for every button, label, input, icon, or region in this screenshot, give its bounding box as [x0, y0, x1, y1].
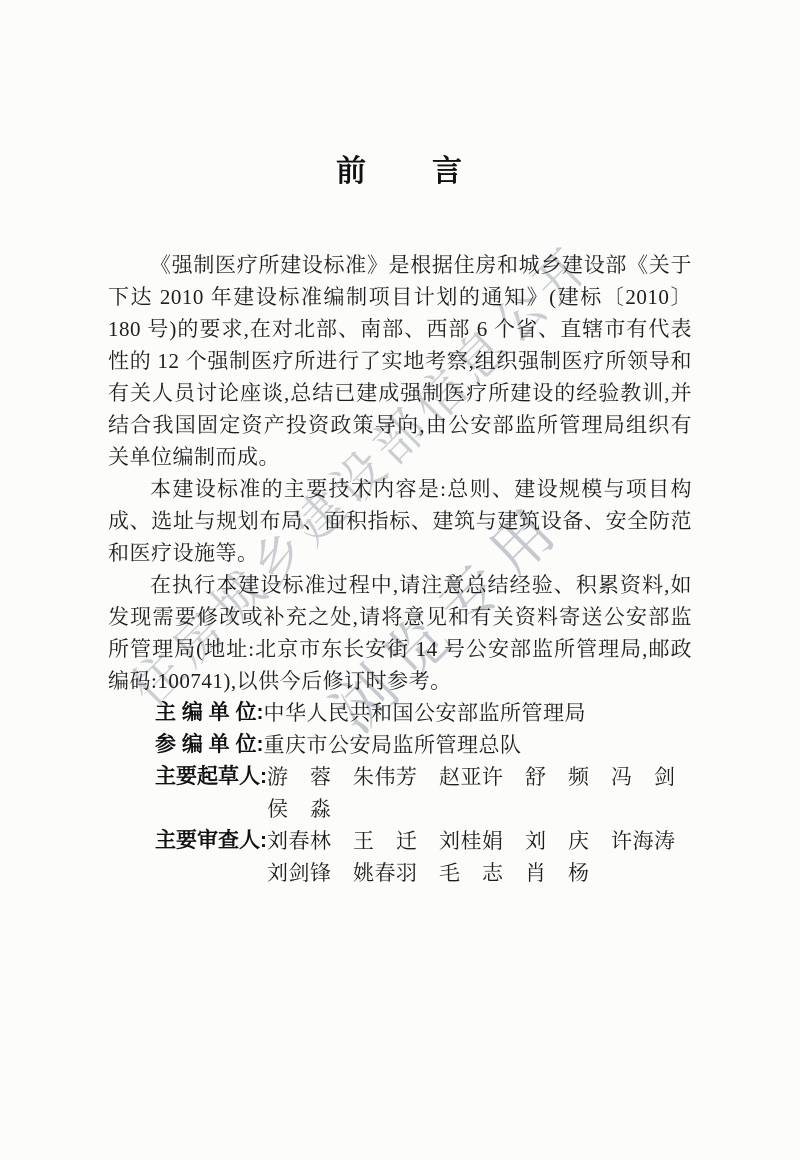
- credit-drafters-line-2: 侯 淼: [267, 793, 692, 825]
- credit-row-chief-editor: 主 编 单 位: 中华人民共和国公安部监所管理局: [108, 697, 692, 729]
- credit-drafters-line-1: 游 蓉 朱伟芳 赵亚许 舒 频 冯 剑: [267, 761, 692, 793]
- credit-row-reviewers: 主要审查人: 刘春林 王 迁 刘桂娟 刘 庆 许海涛 刘剑锋 姚春羽 毛 志 肖…: [108, 825, 692, 889]
- credit-row-drafters: 主要起草人: 游 蓉 朱伟芳 赵亚许 舒 频 冯 剑 侯 淼: [108, 761, 692, 825]
- scanned-document-page: 住房城乡建设部信息公开 浏览专用 前 言 《强制医疗所建设标准》是根据住房和城乡…: [0, 0, 800, 1160]
- credit-label-reviewers: 主要审查人:: [155, 825, 267, 857]
- foreword-body: 《强制医疗所建设标准》是根据住房和城乡建设部《关于下达 2010 年建设标准编制…: [108, 249, 692, 889]
- credit-row-co-editor: 参 编 单 位: 重庆市公安局监所管理总队: [108, 729, 692, 761]
- paragraph-feedback: 在执行本建设标准过程中,请注意总结经验、积累资料,如发现需要修改或补充之处,请将…: [108, 569, 692, 697]
- page-title: 前 言: [108, 150, 692, 194]
- paragraph-contents: 本建设标准的主要技术内容是:总则、建设规模与项目构成、选址与规划布局、面积指标、…: [108, 473, 692, 569]
- credit-label-co-editor: 参 编 单 位:: [155, 729, 264, 761]
- credit-label-drafters: 主要起草人:: [155, 761, 267, 793]
- credits-section: 主 编 单 位: 中华人民共和国公安部监所管理局 参 编 单 位: 重庆市公安局…: [108, 697, 692, 889]
- credit-reviewers-line-2: 刘剑锋 姚春羽 毛 志 肖 杨: [267, 857, 692, 889]
- credit-reviewers-line-1: 刘春林 王 迁 刘桂娟 刘 庆 许海涛: [267, 825, 692, 857]
- credit-value-co-editor: 重庆市公安局监所管理总队: [264, 729, 693, 761]
- document-content: 前 言 《强制医疗所建设标准》是根据住房和城乡建设部《关于下达 2010 年建设…: [0, 0, 800, 889]
- credit-label-chief-editor: 主 编 单 位:: [155, 697, 264, 729]
- paragraph-origin: 《强制医疗所建设标准》是根据住房和城乡建设部《关于下达 2010 年建设标准编制…: [108, 249, 692, 473]
- credit-value-chief-editor: 中华人民共和国公安部监所管理局: [264, 697, 693, 729]
